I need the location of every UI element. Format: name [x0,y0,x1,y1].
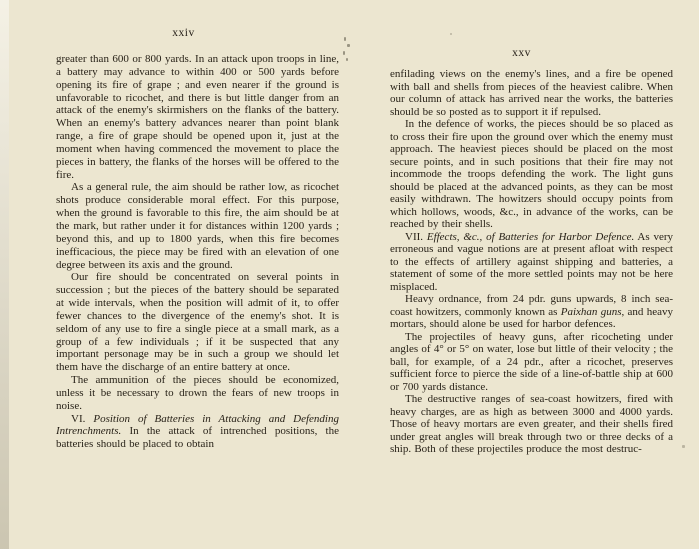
paixhan-guns-italic: Paixhan guns [561,306,622,318]
paragraph: The destructive ranges of sea-coast howi… [390,393,673,456]
paragraph: Heavy ordnance, from 24 pdr. guns upward… [390,293,673,331]
fold-mark [346,58,348,61]
left-page: xxiv greater than 600 or 800 yards. In a… [56,27,339,451]
paragraph: Our fire should be concentrated on sever… [56,271,339,374]
fold-mark [347,44,350,47]
paragraph: enfilading views on the enemy's lines, a… [390,68,673,118]
section-title-italic: Effects, &c., of Batteries for Harbor De… [427,231,634,243]
paragraph: The ammunition of the pieces should be e… [56,374,339,413]
fold-mark [343,51,345,55]
page-edge-shadow [0,0,9,549]
right-page: xxv enfilading views on the enemy's line… [390,47,673,456]
section-number: VI. [71,413,93,425]
paragraph-section-vii: VII. Effects, &c., of Batteries for Harb… [390,231,673,294]
page-number-right: xxv [380,47,663,59]
fold-mark [344,37,346,41]
paragraph: greater than 600 or 800 yards. In an att… [56,53,339,181]
paper-speck [682,445,685,448]
paragraph-section-vi: VI. Position of Batteries in Attacking a… [56,413,339,452]
paragraph: In the defence of works, the pieces shou… [390,118,673,231]
paragraph: As a general rule, the aim should be rat… [56,181,339,271]
page-number-left: xxiv [42,27,325,39]
paper-speck [450,33,452,35]
paragraph: The projectiles of heavy guns, after ric… [390,331,673,394]
book-spread: xxiv greater than 600 or 800 yards. In a… [0,0,699,549]
section-number: VII. [405,231,427,243]
